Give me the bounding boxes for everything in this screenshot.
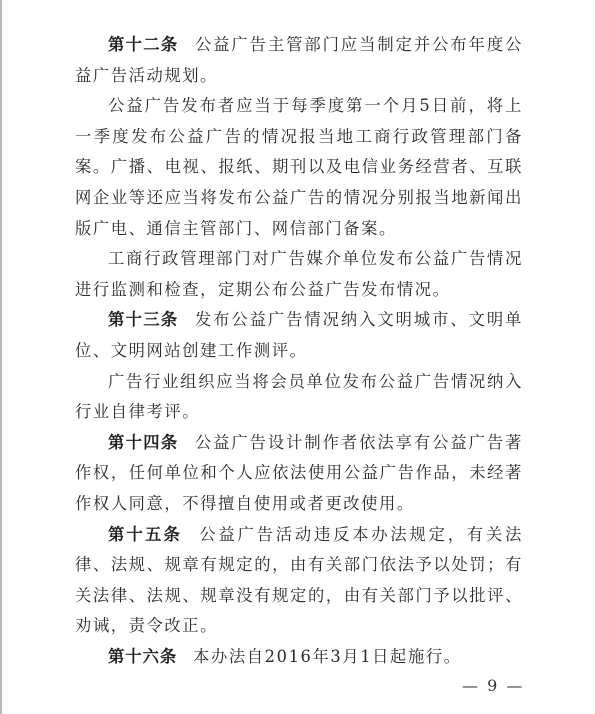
article-15-paragraph: 第十五条公益广告活动违反本办法规定，有关法律、法规、规章有规定的，由有关部门依法… [75,520,523,642]
article-14-paragraph: 第十四条公益广告设计制作者依法享有公益广告著作权，任何单位和个人应依法使用公益广… [75,428,523,520]
article-number: 第十三条 [108,310,179,329]
article-16-paragraph: 第十六条本办法自2016年3月1日起施行。 [75,642,523,673]
article-13-paragraph: 第十三条发布公益广告情况纳入文明城市、文明单位、文明网站创建工作测评。 [75,305,523,366]
article-12-paragraph-3: 工商行政管理部门对广告媒介单位发布公益广告情况进行监测和检查，定期公布公益广告发… [75,244,523,305]
article-number: 第十六条 [108,647,177,666]
article-number: 第十五条 [108,525,182,544]
article-12-paragraph: 第十二条公益广告主管部门应当制定并公布年度公益广告活动规划。 [75,30,523,91]
scan-left-edge [0,0,2,714]
paragraph-text: 本办法自2016年3月1日起施行。 [193,647,461,666]
article-number: 第十四条 [108,433,179,452]
page-number: — 9 — [462,676,524,695]
paragraph-text: 工商行政管理部门对广告媒介单位发布公益广告情况进行监测和检查，定期公布公益广告发… [75,249,523,299]
paragraph-text: 公益广告发布者应当于每季度第一个月5日前，将上一季度发布公益广告的情况报当地工商… [75,96,523,237]
article-13-paragraph-2: 广告行业组织应当将会员单位发布公益广告情况纳入行业自律考评。 [75,367,523,428]
article-12-paragraph-2: 公益广告发布者应当于每季度第一个月5日前，将上一季度发布公益广告的情况报当地工商… [75,91,523,244]
article-number: 第十二条 [108,35,179,54]
document-body: 第十二条公益广告主管部门应当制定并公布年度公益广告活动规划。 公益广告发布者应当… [75,30,523,672]
paragraph-text: 广告行业组织应当将会员单位发布公益广告情况纳入行业自律考评。 [75,372,523,422]
